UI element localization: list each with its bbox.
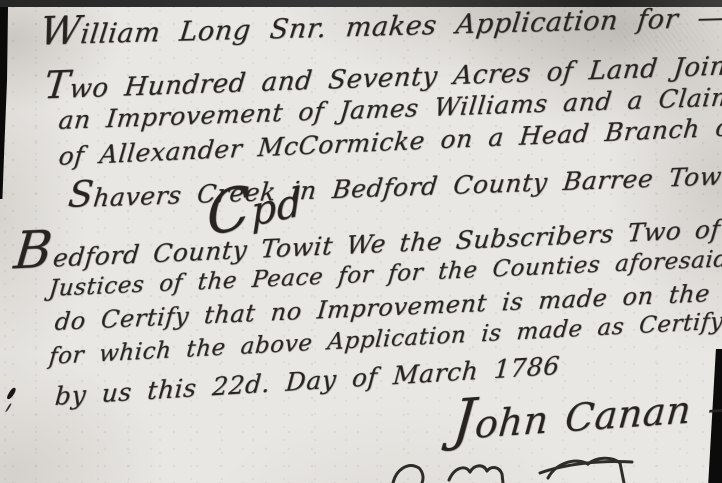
document-scan: William Long Snr. makes Application for … <box>0 0 722 483</box>
scan-edge-left <box>0 7 8 199</box>
ink-speck <box>6 387 17 401</box>
signature-john-canan: John Canan — <box>451 377 722 445</box>
handwritten-line-application-1: William Long Snr. makes Application for … <box>38 0 722 49</box>
